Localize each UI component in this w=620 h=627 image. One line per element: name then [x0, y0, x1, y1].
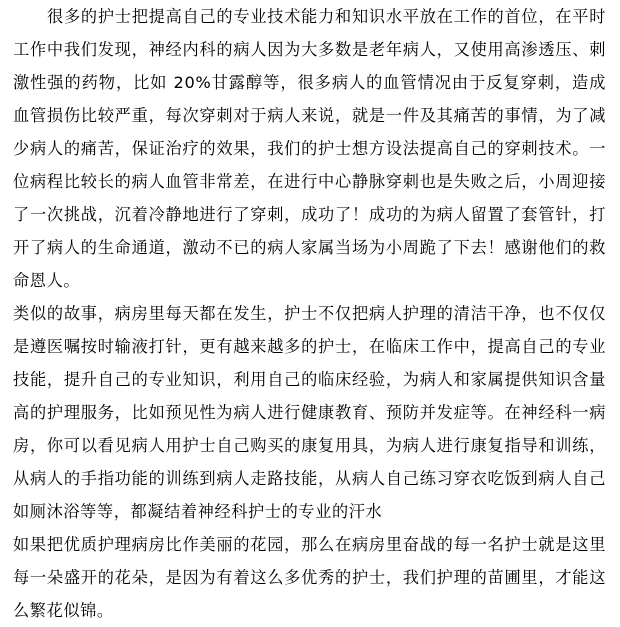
paragraph-garden-metaphor: 如果把优质护理病房比作美丽的花园，那么在病房里奋战的每一名护士就是这里每一朵盛开… — [13, 528, 606, 627]
paragraph-puncture-skill: 很多的护士把提高自己的专业技术能力和知识水平放在工作的首位，在平时工作中我们发现… — [13, 0, 606, 297]
paragraph-daily-stories: 类似的故事，病房里每天都在发生，护士不仅把病人护理的清洁干净，也不仅仅是遵医嘱按… — [13, 297, 606, 528]
document-body: 很多的护士把提高自己的专业技术能力和知识水平放在工作的首位，在平时工作中我们发现… — [0, 0, 620, 627]
